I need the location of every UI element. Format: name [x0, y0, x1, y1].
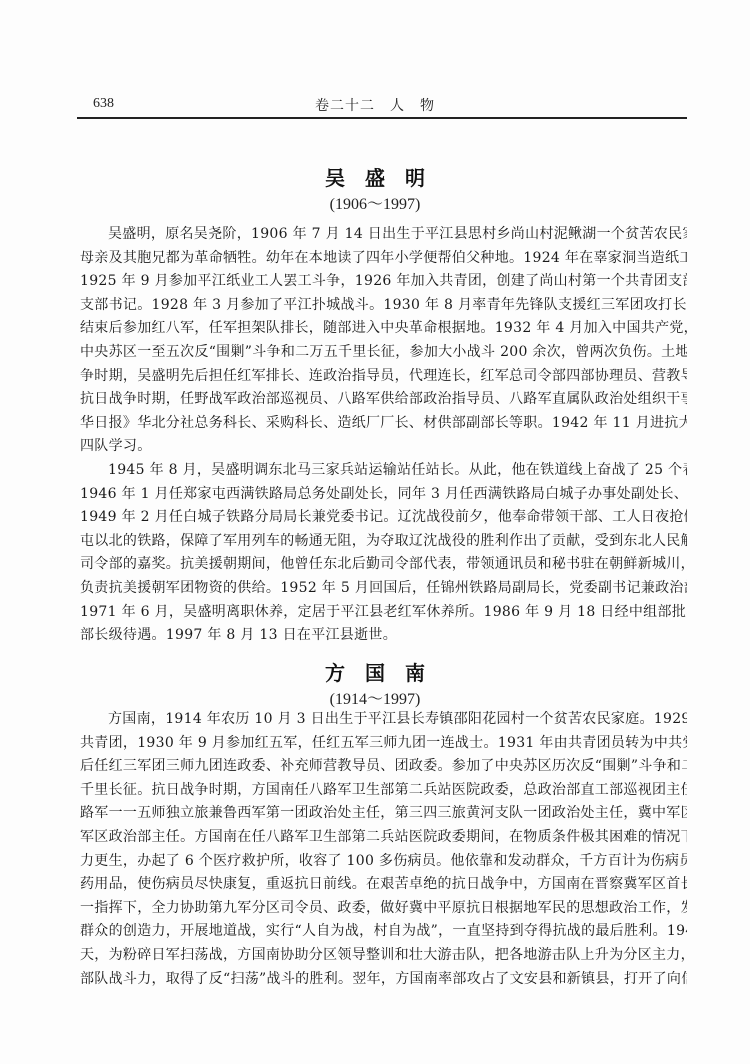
paragraph: 吴盛明，原名吴尧阶，1906 年 7 月 14 日出生于平江县思村乡尚山村泥鳅湖…: [80, 223, 687, 459]
text-line: 抗日战争时期，任野战军政治部巡视员、八路军供给部政治指导员、八路军直属队政治处组…: [80, 388, 687, 412]
text-line: 华日报》华北分社总务科长、采购科长、造纸厂厂长、材供部副部长等职。1942 年 …: [80, 412, 687, 436]
text-line: 部长级待遇。1997 年 8 月 13 日在平江县逝世。: [80, 624, 687, 648]
text-line: 1946 年 1 月任郑家屯西满铁路局总务处副处长，同年 3 月任西满铁路局白城…: [80, 483, 687, 507]
running-head: 卷二十二 人 物: [0, 95, 750, 115]
text-line: 四队学习。: [80, 435, 687, 459]
text-line: 力更生，办起了 6 个医疗救护所，收容了 100 多伤病员。他依靠和发动群众，千…: [80, 850, 687, 874]
bio-dates: (1914～1997): [0, 686, 750, 709]
text-line: 结束后参加红八军，任军担架队排长，随部进入中央革命根据地。1932 年 4 月加…: [80, 317, 687, 341]
title-char: 国: [365, 657, 385, 686]
text-line: 天，为粉碎日军扫荡战，方国南协助分区领导整训和壮大游击队，把各地游击队上升为分区…: [80, 944, 687, 968]
text-line: 路军一一五师独立旅兼鲁西军第一团政治处主任，第三四三旅黄河支队一团政治处主任，冀…: [80, 802, 687, 826]
bio-dates: (1906～1997): [0, 191, 750, 214]
text-line: 千里长征。抗日战争时期，方国南任八路军卫生部第二兵站医院政委，总政治部直工部巡视…: [80, 779, 687, 803]
text-line: 1925 年 9 月参加平江纸业工人罢工斗争，1926 年加入共青团，创建了尚山…: [80, 270, 687, 294]
paragraph: 1945 年 8 月，吴盛明调东北马三家兵站运输站任站长。从此，他在铁道线上奋战…: [80, 459, 687, 648]
text-line: 群众的创造力，开展地道战，实行“人自为战，村自为战”，一直坚持到夺得抗战的最后胜…: [80, 920, 687, 944]
text-line: 中央苏区一至五次反“围剿”斗争和二万五千里长征，参加大小战斗 200 余次，曾两…: [80, 341, 687, 365]
text-line: 方国南，1914 年农历 10 月 3 日出生于平江县长寿镇邵阳花园村一个贫苦农…: [80, 708, 687, 732]
text-line: 1945 年 8 月，吴盛明调东北马三家兵站运输站任站长。从此，他在铁道线上奋战…: [80, 459, 687, 483]
text-line: 屯以北的铁路，保障了军用列车的畅通无阻，为夺取辽沈战役的胜利作出了贡献，受到东北…: [80, 530, 687, 554]
bio-body: 吴盛明，原名吴尧阶，1906 年 7 月 14 日出生于平江县思村乡尚山村泥鳅湖…: [80, 223, 687, 648]
text-line: 1949 年 2 月任白城子铁路分局局长兼党委书记。辽沈战役前夕，他奉命带领干部…: [80, 506, 687, 530]
text-line: 司令部的嘉奖。抗美援朝期间，他曾任东北后勤司令部代表，带领通讯员和秘书驻在朝鲜新…: [80, 553, 687, 577]
text-line: 部队战斗力，取得了反“扫荡”战斗的胜利。翌年，方国南率部攻占了文安县和新镇县，打…: [80, 968, 687, 992]
title-char: 明: [405, 162, 425, 191]
bio-body: 方国南，1914 年农历 10 月 3 日出生于平江县长寿镇邵阳花园村一个贫苦农…: [80, 708, 687, 991]
bio-title: 方国南: [0, 657, 750, 686]
text-line: 1971 年 6 月，吴盛明离职休养，定居于平江县老红军休养所。1986 年 9…: [80, 601, 687, 625]
title-char: 吴: [325, 162, 345, 191]
bio-title: 吴盛明: [0, 162, 750, 191]
text-line: 后任红三军团三师九团连政委、补充师营教导员、团政委。参加了中央苏区历次反“围剿”…: [80, 755, 687, 779]
text-line: 母亲及其胞兄都为革命牺牲。幼年在本地读了四年小学便帮伯父种地。1924 年在辜家…: [80, 247, 687, 271]
paragraph: 方国南，1914 年农历 10 月 3 日出生于平江县长寿镇邵阳花园村一个贫苦农…: [80, 708, 687, 991]
text-line: 负责抗美援朝军团物资的供给。1952 年 5 月回国后，任锦州铁路局副局长，党委…: [80, 577, 687, 601]
text-line: 军区政治部主任。方国南在任八路军卫生部第二兵站医院政委期间，在物质条件极其困难的…: [80, 826, 687, 850]
header-rule: [77, 117, 687, 119]
text-line: 吴盛明，原名吴尧阶，1906 年 7 月 14 日出生于平江县思村乡尚山村泥鳅湖…: [80, 223, 687, 247]
text-line: 共青团，1930 年 9 月参加红五军，任红五军三师九团一连战士。1931 年由…: [80, 732, 687, 756]
text-line: 支部书记。1928 年 3 月参加了平江扑城战斗。1930 年 8 月率青年先锋…: [80, 294, 687, 318]
text-line: 争时期，吴盛明先后担任红军排长、连政治指导员，代理连长，红军总司令部四部协理员、…: [80, 365, 687, 389]
title-char: 南: [405, 657, 425, 686]
text-line: 药用品，使伤病员尽快康复，重返抗日前线。在艰苦卓绝的抗日战争中，方国南在晋察冀军…: [80, 873, 687, 897]
title-char: 方: [325, 657, 345, 686]
text-line: 一指挥下，全力协助第九军分区司令员、政委，做好冀中平原抗日根据地军民的思想政治工…: [80, 897, 687, 921]
title-char: 盛: [365, 162, 385, 191]
